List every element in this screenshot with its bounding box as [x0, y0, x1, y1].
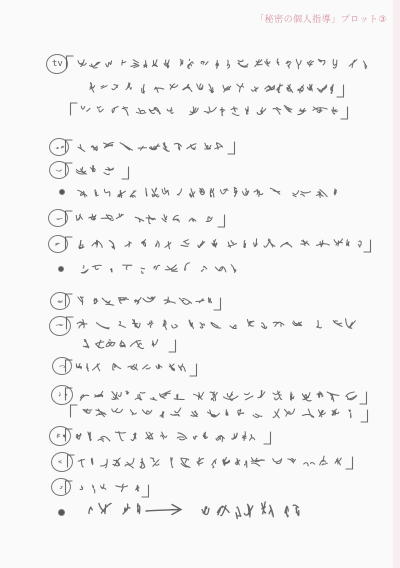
quote-open-mark: [63, 161, 73, 177]
handwritten-text-scribble: [76, 51, 368, 74]
quote-close-mark: [340, 105, 350, 121]
quote-open-mark: [63, 292, 73, 308]
quote-close-mark: [121, 165, 131, 181]
quote-close-mark: [168, 338, 178, 354]
quote-open-mark: [65, 453, 75, 469]
quote-close-mark: [227, 140, 237, 156]
handwritten-text-scribble: [75, 289, 211, 310]
handwritten-text-scribble: [75, 424, 261, 447]
speaker-label-text: tv: [51, 59, 62, 68]
handwritten-lines: tv: [0, 0, 400, 568]
bullet-icon: [58, 266, 64, 272]
handwritten-text-scribble: [80, 400, 358, 422]
quote-open-mark: [63, 427, 73, 443]
handwritten-text-scribble: [75, 206, 215, 228]
bullet-icon: [58, 509, 65, 516]
handwritten-text-scribble: [80, 98, 338, 120]
quote-open-mark: [63, 386, 73, 402]
handwritten-text-scribble: [77, 450, 343, 474]
handwritten-text-scribble: [75, 476, 139, 497]
bullet-icon: [59, 189, 65, 195]
quote-close-mark: [363, 238, 373, 254]
handwritten-text-scribble: [75, 158, 119, 179]
handwritten-text-scribble: [75, 355, 187, 377]
handwritten-text-scribble: [77, 256, 241, 280]
handwritten-text-scribble: [75, 135, 225, 158]
handwritten-text-scribble: [200, 494, 300, 524]
handwritten-text-scribble: [75, 180, 337, 203]
quote-open-mark: [64, 54, 74, 70]
notes-page: 「秘密の個人指導」プロット③ tv: [0, 0, 400, 568]
quote-close-mark: [336, 83, 346, 99]
quote-open-mark: [63, 235, 73, 251]
quote-open-mark: [63, 479, 73, 495]
quote-close-mark: [360, 408, 370, 424]
handwritten-text-scribble: [86, 496, 140, 523]
quote-open-mark: [63, 358, 73, 374]
quote-close-mark: [213, 296, 223, 312]
quote-open-mark: [63, 209, 73, 225]
handwritten-text-scribble: [86, 75, 334, 98]
quote-open-mark: [68, 101, 78, 117]
quote-open-mark: [63, 138, 73, 154]
quote-open-mark: [68, 403, 78, 419]
handwritten-text-scribble: [80, 331, 166, 353]
quote-close-mark: [359, 390, 369, 406]
quote-close-mark: [189, 362, 199, 378]
quote-close-mark: [217, 213, 227, 229]
handwritten-text-scribble: [75, 232, 361, 254]
quote-close-mark: [141, 483, 151, 499]
quote-close-mark: [345, 455, 355, 471]
quote-open-mark: [64, 315, 74, 331]
arrow-icon: [144, 503, 186, 517]
quote-close-mark: [263, 430, 273, 446]
